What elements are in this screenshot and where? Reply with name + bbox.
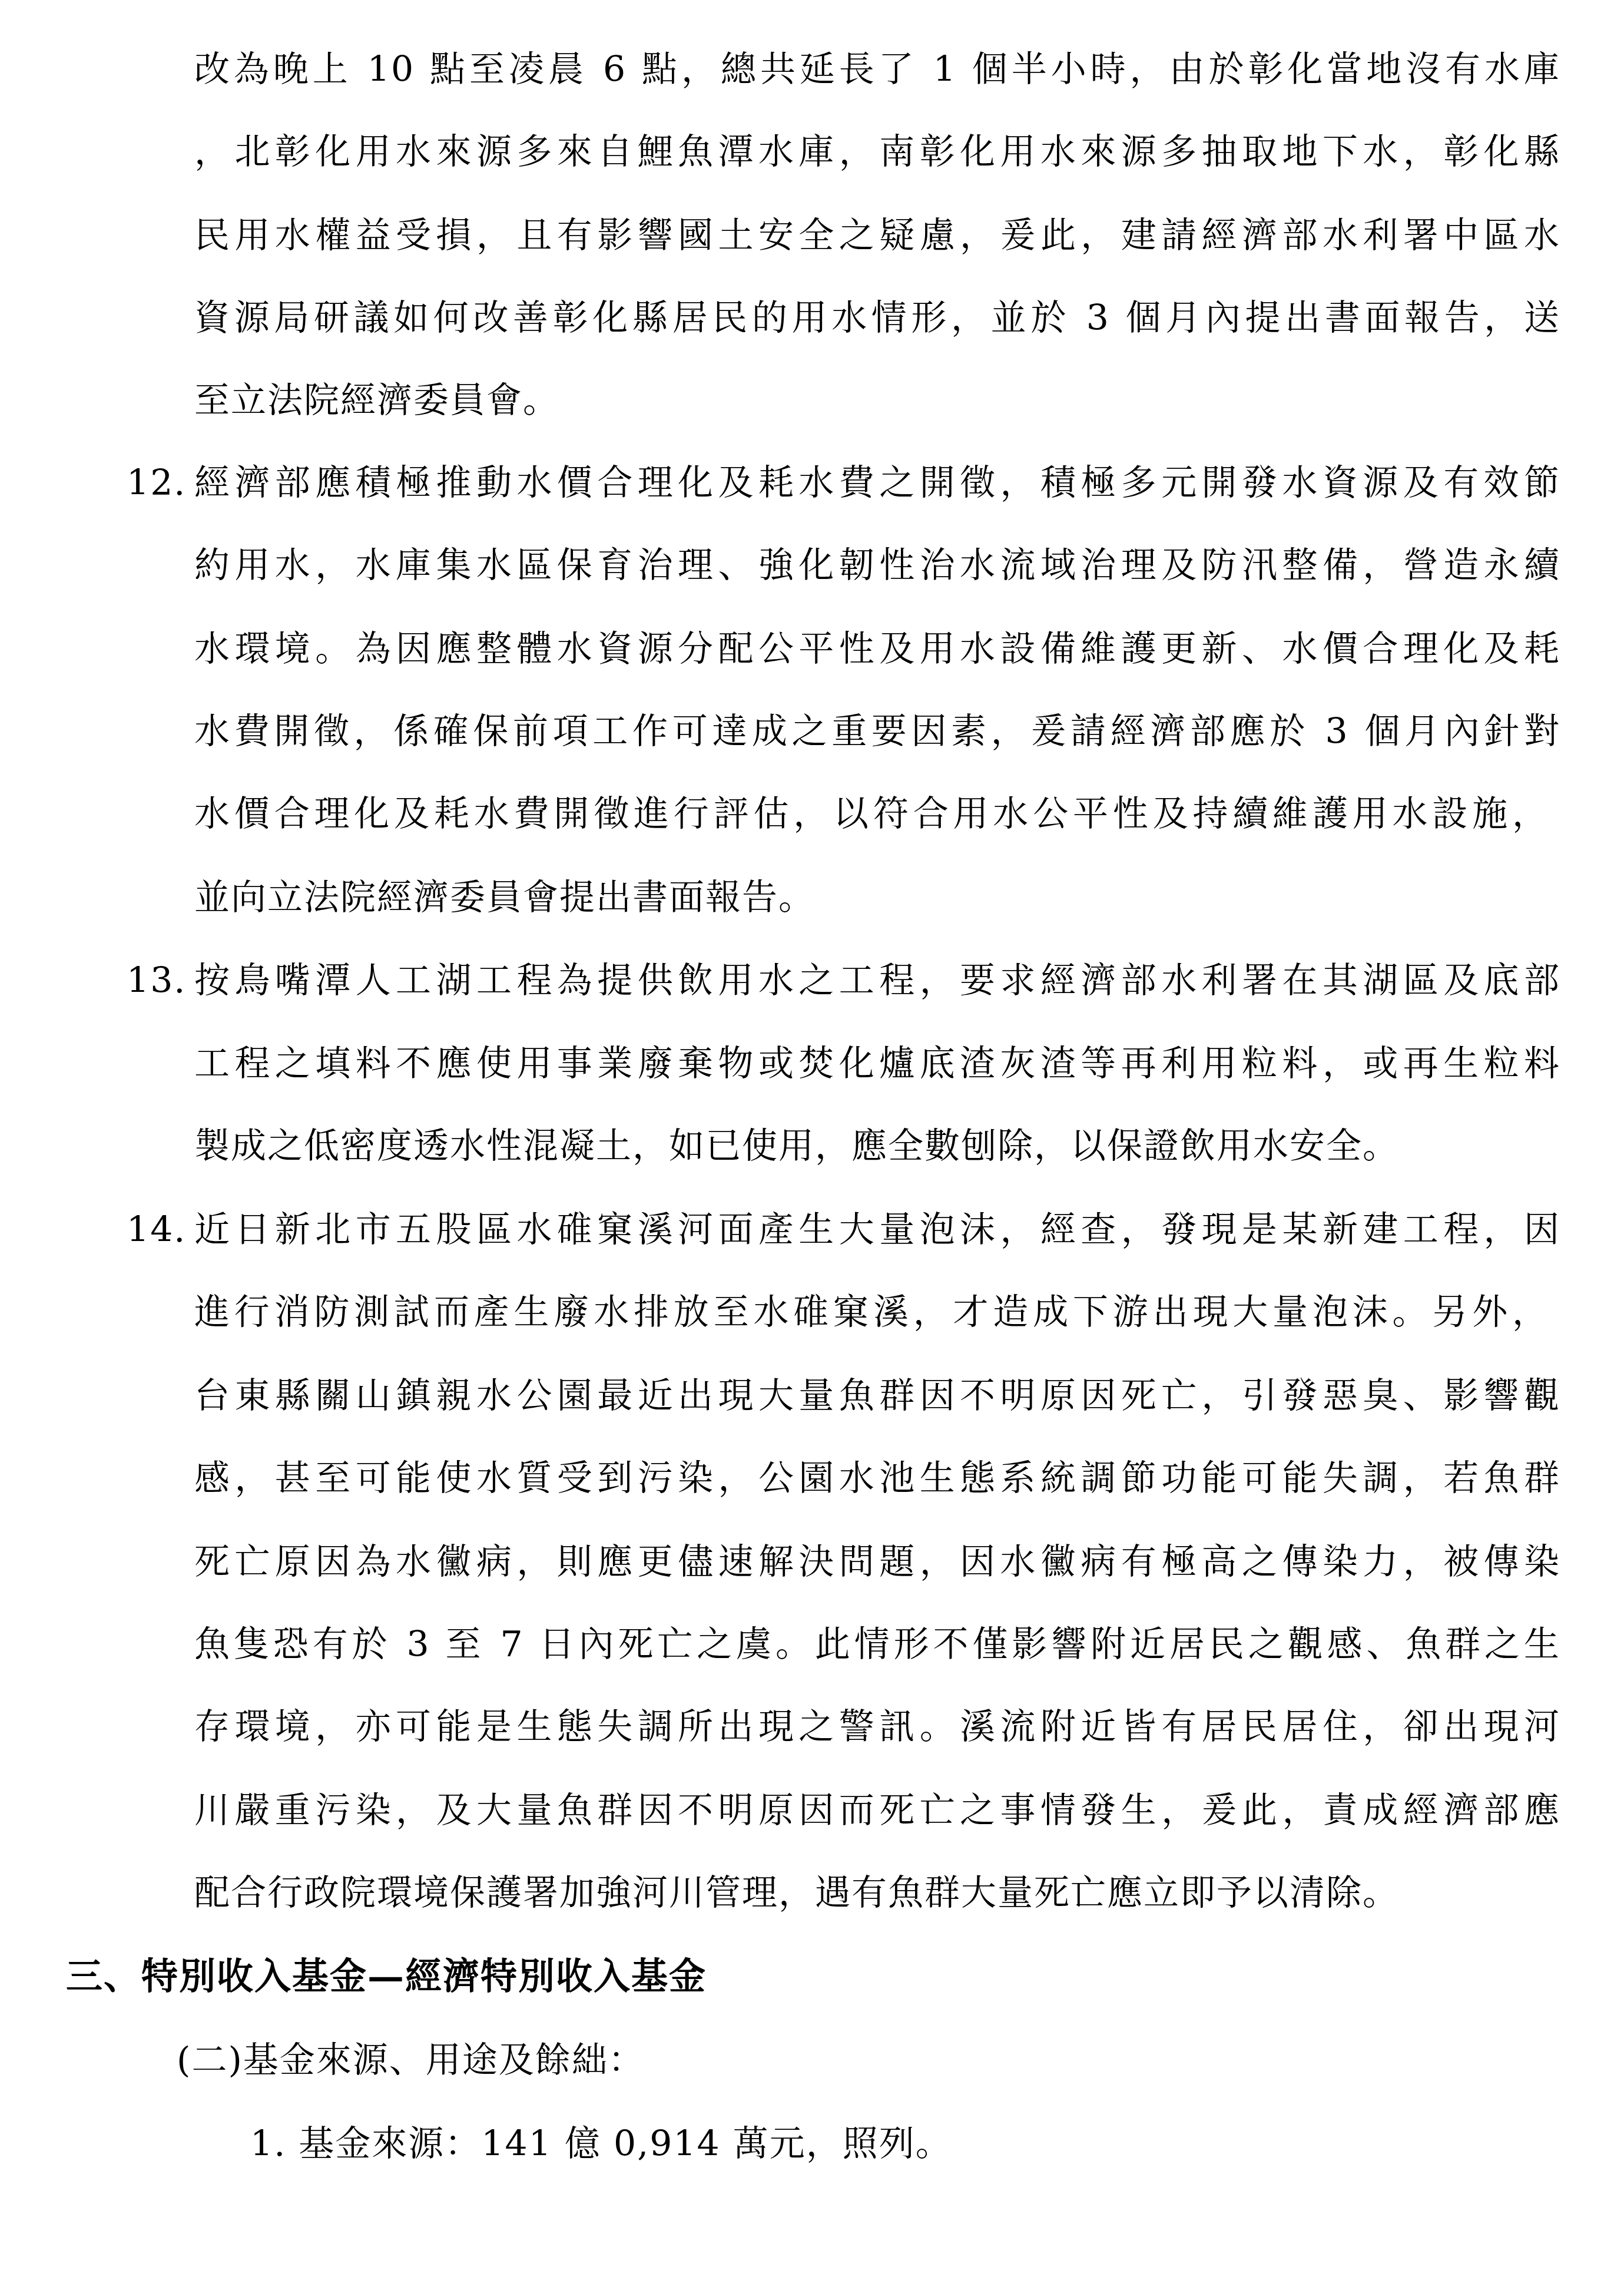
- text-line: 水環境。為因應整體水資源分配公平性及用水設備維護更新、水價合理化及耗: [194, 626, 1560, 673]
- item-number: 14.: [127, 1206, 186, 1253]
- text-line: 約用水，水庫集水區保育治理、強化韌性治水流域治理及防汛整備，營造永續: [194, 542, 1560, 589]
- text-line: 存環境，亦可能是生態失調所出現之警訊。溪流附近皆有居民居住，卻出現河: [194, 1703, 1560, 1750]
- text-line: 水價合理化及耗水費開徵進行評估，以符合用水公平性及持續維護用水設施，: [194, 790, 1549, 838]
- text-line: 台東縣關山鎮親水公園最近出現大量魚群因不明原因死亡，引發惡臭、影響觀: [194, 1372, 1560, 1419]
- text-line: 改為晚上 10 點至凌晨 6 點，總共延長了 1 個半小時，由於彰化當地沒有水庫: [194, 46, 1560, 93]
- item-number: 13.: [127, 957, 186, 1004]
- text-line: 死亡原因為水黴病，則應更儘速解決問題，因水黴病有極高之傳染力，被傳染: [194, 1538, 1560, 1586]
- text-line: 經濟部應積極推動水價合理化及耗水費之開徵，積極多元開發水資源及有效節: [194, 459, 1560, 507]
- subsection-heading: (二)基金來源、用途及餘絀：: [177, 2037, 645, 2084]
- text-line: 進行消防測試而產生廢水排放至水碓窠溪，才造成下游出現大量泡沫。另外，: [194, 1289, 1549, 1336]
- text-line: 川嚴重污染，及大量魚群因不明原因而死亡之事情發生，爰此，責成經濟部應: [194, 1787, 1560, 1834]
- item-number: 12.: [127, 459, 186, 507]
- text-line: 按鳥嘴潭人工湖工程為提供飲用水之工程，要求經濟部水利署在其湖區及底部: [194, 957, 1560, 1004]
- text-line: ，北彰化用水來源多來自鯉魚潭水庫，南彰化用水來源多抽取地下水，彰化縣: [194, 128, 1560, 176]
- text-line: 並向立法院經濟委員會提出書面報告。: [194, 874, 815, 921]
- text-line: 至立法院經濟委員會。: [194, 377, 559, 424]
- text-line: 近日新北市五股區水碓窠溪河面產生大量泡沫，經查，發現是某新建工程，因: [194, 1206, 1560, 1253]
- text-line: 水費開徵，係確保前項工作可達成之重要因素，爰請經濟部應於 3 個月內針對: [194, 708, 1560, 755]
- text-line: 1. 基金來源：141 億 0,914 萬元，照列。: [250, 2120, 952, 2168]
- text-line: 資源局研議如何改善彰化縣居民的用水情形，並於 3 個月內提出書面報告，送: [194, 294, 1560, 342]
- text-line: 工程之填料不應使用事業廢棄物或焚化爐底渣灰渣等再利用粒料，或再生粒料: [194, 1040, 1560, 1087]
- text-line: 配合行政院環境保護署加強河川管理，遇有魚群大量死亡應立即予以清除。: [194, 1869, 1399, 1917]
- text-line: 魚隻恐有於 3 至 7 日內死亡之虞。此情形不僅影響附近居民之觀感、魚群之生: [194, 1621, 1560, 1668]
- text-line: 感，甚至可能使水質受到污染，公園水池生態系統調節功能可能失調，若魚群: [194, 1455, 1560, 1502]
- text-line: 民用水權益受損，且有影響國土安全之疑慮，爰此，建請經濟部水利署中區水: [194, 212, 1560, 259]
- section-heading: 三、特別收入基金—經濟特別收入基金: [66, 1953, 707, 2000]
- text-line: 製成之低密度透水性混凝土，如已使用，應全數刨除，以保證飲用水安全。: [194, 1123, 1399, 1170]
